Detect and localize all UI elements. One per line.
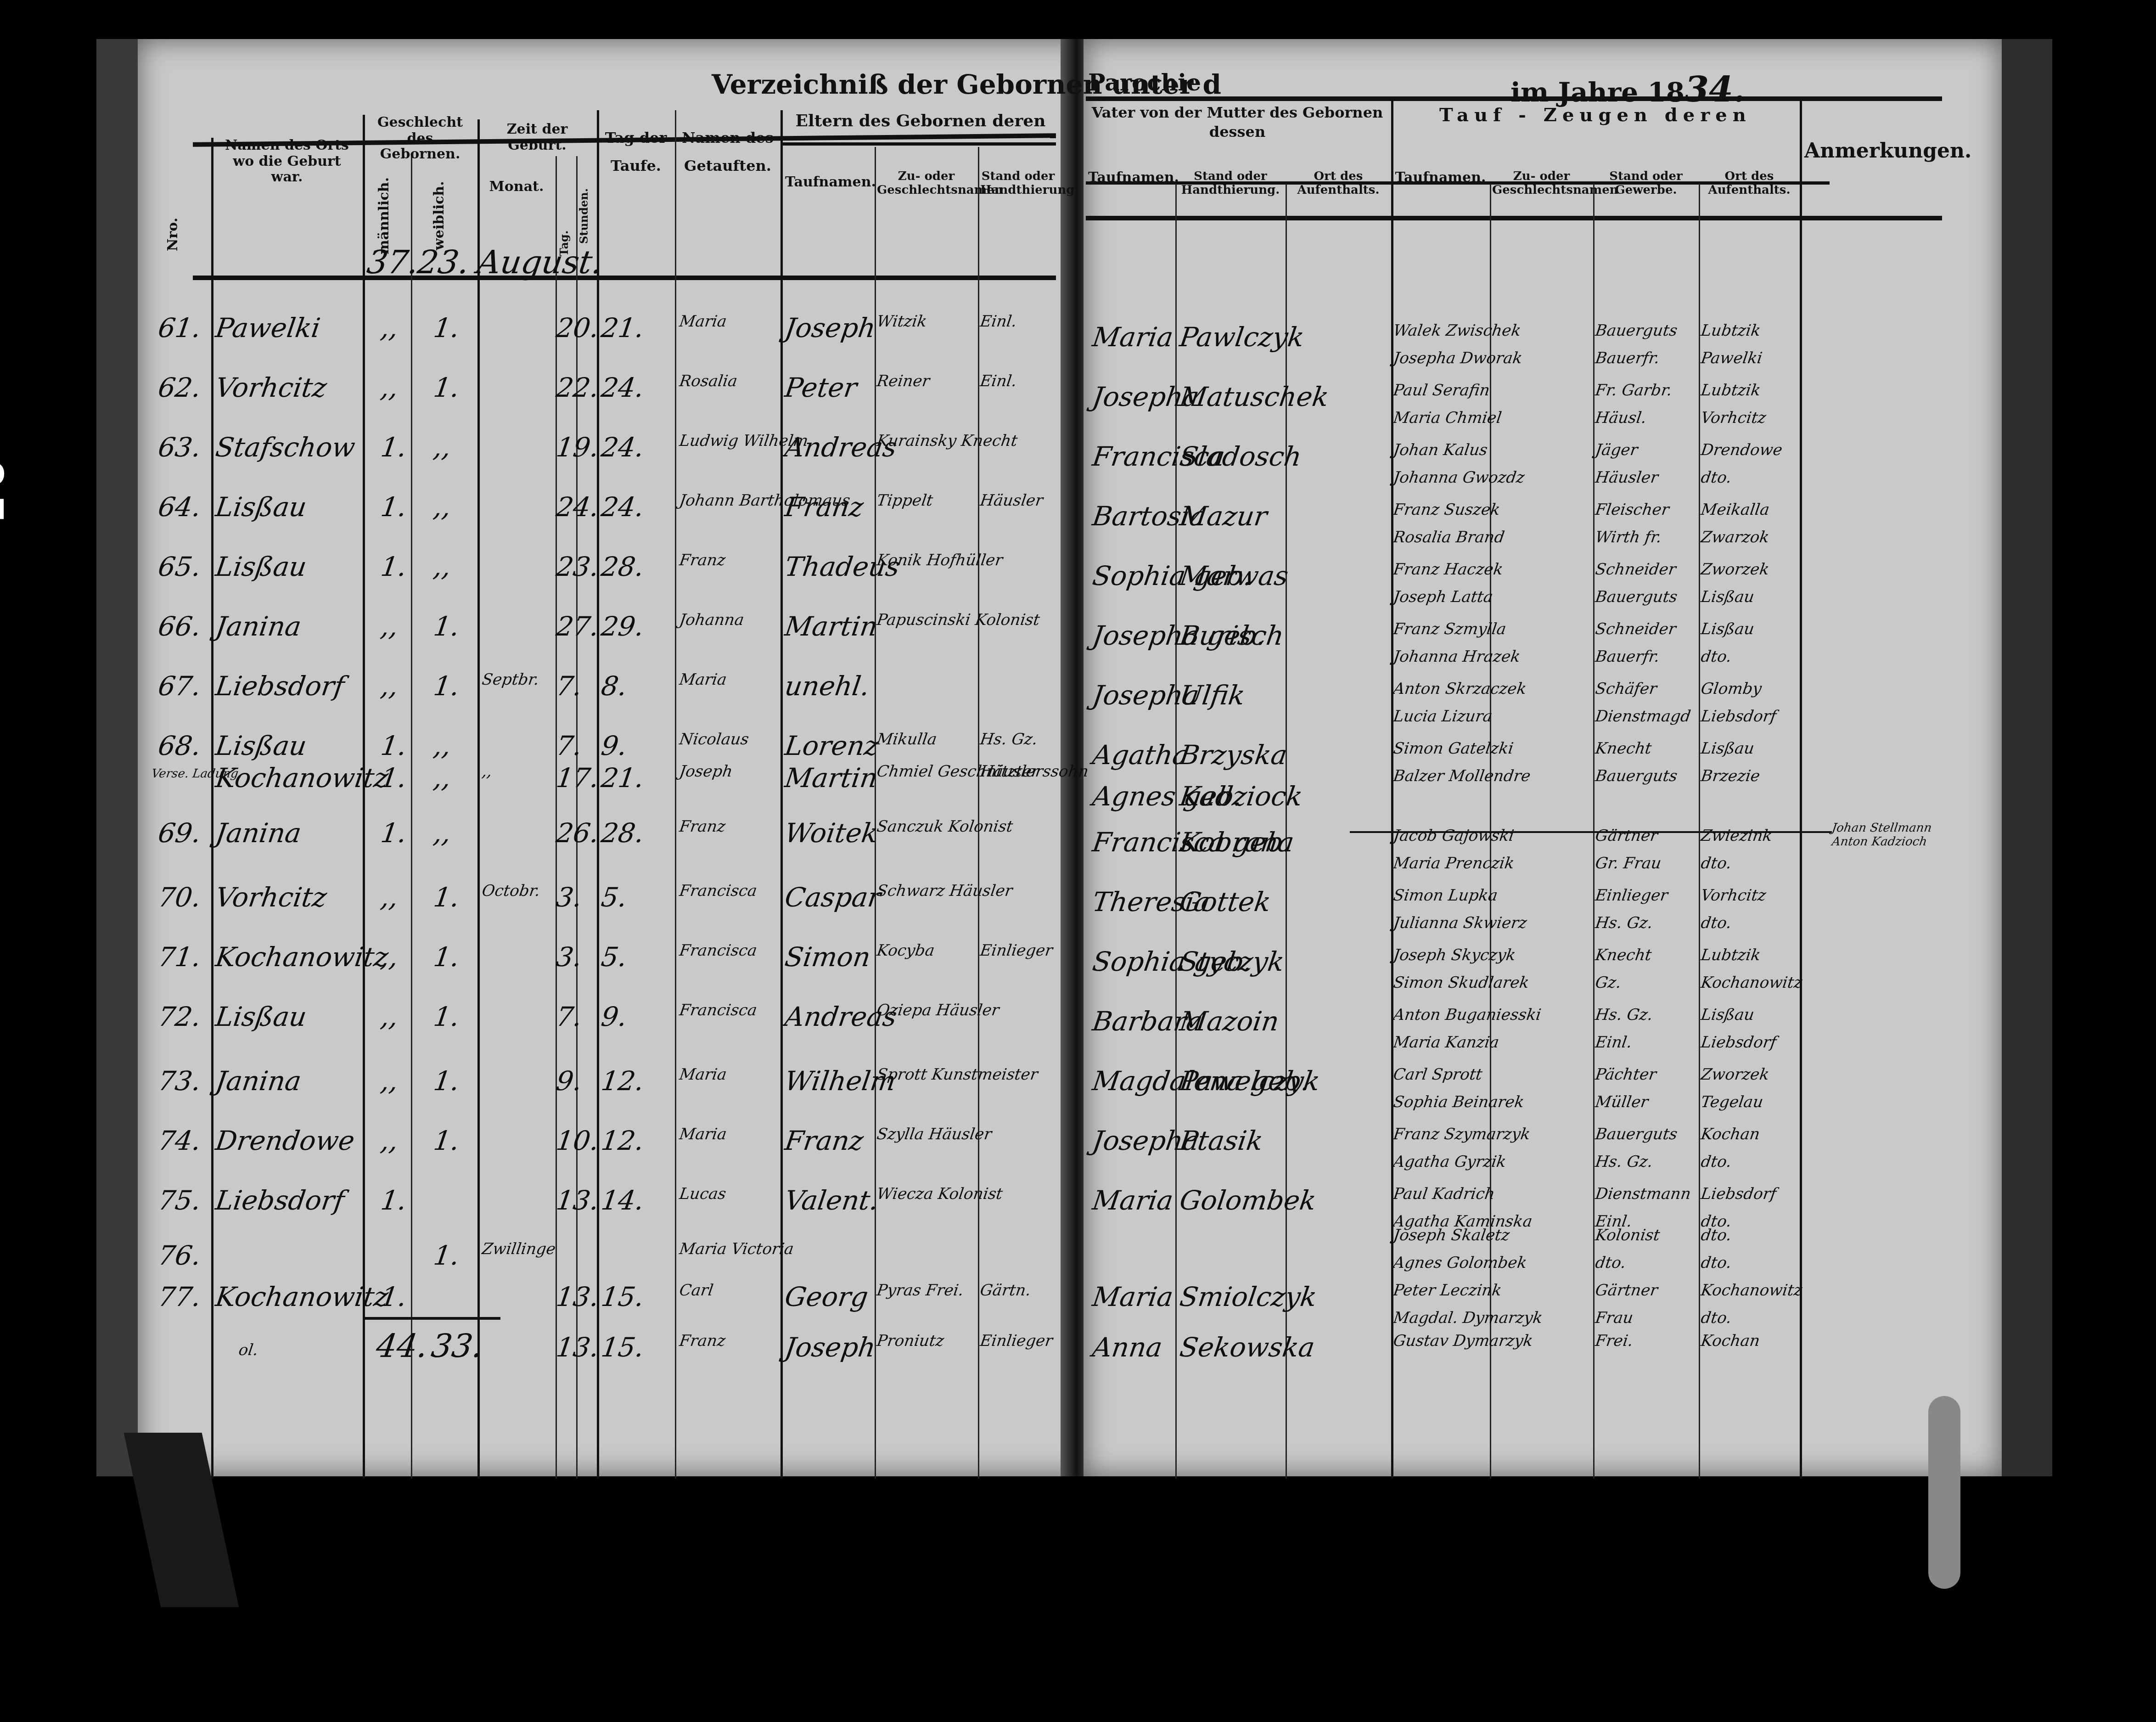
right-header-bottom-rule (1086, 216, 1942, 220)
row-monat: Octobr. (481, 882, 541, 900)
row-zeuge1-ort: Lisßau (1700, 620, 1755, 638)
row-mutter-taufname: Agatha (1090, 739, 1190, 771)
row-nro: 65. (156, 551, 203, 582)
row-zeuge1-ort: Lubtzik (1700, 321, 1762, 340)
row-weiblich: 1. (432, 312, 461, 343)
row-ort: Janina (213, 1065, 303, 1097)
row-vater-zuname: Oziepa Häusler (876, 1001, 1000, 1019)
eltern-subrule (780, 142, 1056, 146)
row-zeuge2-stand: Frau (1594, 1309, 1634, 1327)
row-zeuge2-name: Magdal. Dymarzyk (1392, 1309, 1544, 1327)
carry-monat: August. (475, 243, 605, 281)
row-ort: Lisßau (213, 551, 309, 582)
row-zeuge1-name: Carl Sprott (1392, 1065, 1483, 1084)
row-zeuge2-name: Sophia Beinarek (1392, 1093, 1525, 1111)
row-maennlich: 1. (379, 762, 409, 793)
row-tag: 3. (554, 882, 584, 913)
row-vater-stand: Häusler (979, 491, 1044, 510)
header-zeugen-geschlechtsnamen: Zu- oder Geschlechtsnamen (1492, 170, 1591, 197)
row-zeuge1-ort: Glomby (1700, 680, 1763, 698)
row-nro: 62. (156, 372, 203, 403)
row-nro: 76. (156, 1240, 203, 1271)
row-zeuge2-name: Agatha Gyrzik (1392, 1153, 1507, 1171)
row-zeuge1-stand: Knecht (1594, 946, 1653, 964)
row-mutter-zuname: Ulfik (1178, 680, 1247, 711)
header-stand: Stand oder Handthierung (980, 170, 1056, 197)
annotation-line-2: Anton Kadzioch (1831, 835, 1928, 849)
header-taufe: Tag der Taufe. (601, 124, 670, 180)
row-zeuge1-name: Franz Haczek (1392, 560, 1504, 579)
row-mutter-zuname: Mazur (1178, 501, 1269, 532)
carry-maennlich: 37. (365, 243, 421, 281)
row-ort: Janina (213, 611, 303, 642)
row-ort: Vorhcitz (213, 882, 329, 913)
row-zeuge2-ort: Liebsdorf (1700, 707, 1777, 726)
row-nro: 64. (156, 491, 203, 523)
row-weiblich: 1. (432, 1065, 461, 1097)
row-nro: 70. (156, 882, 203, 913)
row-tag: 13. (554, 1281, 601, 1312)
row-ort: Stafschow (213, 432, 357, 463)
row-vater-zuname: Szylla Häusler (876, 1125, 993, 1143)
row-zeuge2-name: Johanna Hrazek (1392, 647, 1522, 666)
row-ort: Lisßau (213, 491, 309, 523)
row-getauften: Franz (678, 817, 727, 836)
row-taufe: 21. (599, 312, 646, 343)
row-zeuge2-ort: Vorhcitz (1700, 409, 1767, 427)
row-zeuge1-name: Simon Gatelzki (1392, 739, 1515, 758)
row-taufe: 28. (599, 551, 646, 582)
row-monat: Septbr. (481, 670, 540, 689)
row-vater-stand: Gärtn. (979, 1281, 1032, 1300)
row-zeuge1-name: Walek Zwischek (1392, 321, 1522, 340)
row-zeuge1-stand: Frei. (1594, 1332, 1634, 1350)
row-mutter-zuname: Golombek (1178, 1185, 1318, 1216)
row-ort: Kochanowitz (213, 941, 390, 973)
row-ort: Lisßau (213, 730, 309, 761)
row-taufe: 24. (599, 372, 646, 403)
annotation-line-1: Johan Stellmann (1831, 821, 1932, 835)
row-mutter-zuname: Styczyk (1178, 946, 1286, 977)
row-tag: 9. (554, 1065, 584, 1097)
row-maennlich: 1. (379, 817, 409, 849)
row-zeuge2-stand: Gz. (1594, 974, 1623, 992)
row-getauften: Franz (678, 1332, 727, 1350)
row-mutter-taufname: Maria (1090, 321, 1175, 353)
row-zeuge1-stand: Schäfer (1594, 680, 1658, 698)
row-zeuge1-ort: Kochan (1700, 1125, 1761, 1143)
row-nro: 75. (156, 1185, 203, 1216)
row-zeuge1-stand: Dienstmann (1594, 1185, 1692, 1203)
totals-rule (363, 1317, 500, 1320)
row-taufe: 21. (599, 762, 646, 793)
row-zeuge1-ort: Meikalla (1700, 501, 1770, 519)
row-zeuge1-name: Simon Lupka (1392, 886, 1499, 905)
row-vater-zuname: Mikulla (876, 730, 938, 748)
row-ort: Lisßau (213, 1001, 309, 1032)
row-zeuge1-ort: dto. (1700, 1226, 1733, 1244)
row-mutter-zuname: Mazoin (1178, 1006, 1281, 1037)
row-vater-stand: Einlieger (979, 1332, 1054, 1350)
row-zeuge1-ort: Lisßau (1700, 1006, 1755, 1024)
row-zeuge1-stand: Einlieger (1594, 886, 1669, 905)
row-tag: 19. (554, 432, 601, 463)
row-tag: 27. (554, 611, 601, 642)
row-zeuge1-ort: Lisßau (1700, 739, 1755, 758)
row-zeuge2-ort: dto. (1700, 854, 1733, 872)
row-taufe: 12. (599, 1065, 646, 1097)
row-getauften: Nicolaus (678, 730, 750, 748)
row-nro: 69. (156, 817, 203, 849)
row-taufe: 24. (599, 491, 646, 523)
row-getauften: Maria (678, 1065, 728, 1084)
row-vater-zuname: Sanczuk Kolonist (876, 817, 1014, 836)
row-zeuge2-name: Maria Prenczik (1392, 854, 1515, 872)
row-vater-stand: Hs. Gz. (979, 730, 1039, 748)
row-taufe: 5. (599, 882, 629, 913)
row-tag: 13. (554, 1332, 601, 1363)
row-zeuge1-ort: Zworzek (1700, 1065, 1770, 1084)
row-maennlich: 1. (379, 491, 409, 523)
row-zeuge1-name: Paul Kadrich (1392, 1185, 1496, 1203)
row-zeuge1-stand: Gärtner (1594, 1281, 1659, 1300)
row-vater-taufname: Franz (783, 491, 865, 523)
row-tag: 10. (554, 1125, 601, 1156)
row-zeuge1-ort: Zworzek (1700, 560, 1770, 579)
header-zeugen-group: Tauf - Zeugen deren (1393, 103, 1797, 127)
row-zeuge1-name: Johan Kalus (1392, 441, 1488, 459)
row-zeuge1-name: Anton Buganiesski (1392, 1006, 1542, 1024)
row-zeuge2-ort: dto. (1700, 468, 1733, 487)
row-vater-zuname: Papuscinski Kolonist (876, 611, 1041, 629)
carry-weiblich: 23. (415, 243, 472, 281)
row-maennlich: 1. (379, 551, 409, 582)
row-zeuge1-name: Joseph Skyczyk (1392, 946, 1517, 964)
row-zeuge1-stand: Schneider (1594, 620, 1677, 638)
row-nro: 77. (156, 1281, 203, 1312)
row-vater-zuname: Kocyba (876, 941, 936, 960)
row-maennlich: 1. (379, 1185, 409, 1216)
row-zeuge2-stand: Müller (1594, 1093, 1649, 1111)
row-taufe: 29. (599, 611, 646, 642)
annotation-connector (1350, 831, 1832, 833)
row-zeuge1-stand: Schneider (1594, 560, 1677, 579)
row-zeuge2-name: Josepha Dworak (1392, 349, 1523, 367)
row-getauften: Joseph (678, 762, 734, 781)
row-nro: 73. (156, 1065, 203, 1097)
row-vater-taufname: Peter (783, 372, 859, 403)
row-zeuge2-stand: Einl. (1594, 1033, 1633, 1052)
header-taufnamen: Taufnamen. (785, 174, 872, 191)
row-mutter-zuname: Kadziock (1178, 781, 1304, 812)
row-maennlich: 1. (379, 730, 409, 761)
row-zeuge2-ort: Kochanowitz (1700, 974, 1803, 992)
row-tag: 7. (554, 1001, 584, 1032)
row-vater-zuname: Wiecza Kolonist (876, 1185, 1004, 1203)
row-zeuge2-stand: Häusl. (1594, 409, 1648, 427)
row-tag: 17. (554, 762, 601, 793)
total-weiblich: 33. (429, 1327, 485, 1365)
row-tag: 24. (554, 491, 601, 523)
row-nro: 63. (156, 432, 203, 463)
row-zeuge1-ort: Drendowe (1700, 441, 1784, 459)
row-taufe: 28. (599, 817, 646, 849)
row-ort: Drendowe (213, 1125, 356, 1156)
row-nro: 71. (156, 941, 203, 973)
header-mutter-ort: Ort des Aufenthalts. (1288, 170, 1389, 197)
row-tag: 20. (554, 312, 601, 343)
col-divider (1391, 101, 1393, 1479)
row-weiblich: 1. (432, 611, 461, 642)
row-taufe: 5. (599, 941, 629, 973)
col-divider (411, 156, 412, 1479)
col-divider (556, 156, 557, 1479)
row-zeuge1-ort: Vorhcitz (1700, 886, 1767, 905)
row-mutter-taufname: Maria (1090, 1185, 1175, 1216)
row-vater-zuname: Reiner (876, 372, 931, 390)
row-zeuge2-stand: Häusler (1594, 468, 1659, 487)
row-zeuge1-stand: Hs. Gz. (1594, 1006, 1654, 1024)
header-getauften: Namen des Getauften. (679, 124, 776, 180)
header-mutter-group: Vater von der Mutter des Gebornen dessen (1088, 103, 1387, 141)
row-nro: 61. (156, 312, 203, 343)
row-zeuge1-name: Franz Szmylla (1392, 620, 1507, 638)
microfilm-frame-number: 95 (0, 459, 14, 529)
row-tag: 7. (554, 670, 584, 702)
row-zeuge2-stand: Hs. Gz. (1594, 1153, 1654, 1171)
header-bottom-rule (193, 276, 1056, 280)
row-zeuge1-name: Paul Serafin (1392, 381, 1491, 400)
col-divider (477, 119, 480, 1479)
row-monat: Zwillinge (481, 1240, 557, 1258)
row-mutter-zuname: Pawlczyk (1178, 321, 1306, 353)
row-ort: Liebsdorf (213, 670, 346, 702)
row-taufe: 8. (599, 670, 629, 702)
row-vater-zuname: Konik Hofhüller (876, 551, 1004, 569)
row-zeuge2-stand: Gr. Frau (1594, 854, 1662, 872)
row-mutter-zuname: Pawelczyk (1178, 1065, 1322, 1097)
row-getauften: Maria (678, 1125, 728, 1143)
row-zeuge2-stand: Wirth fr. (1594, 528, 1662, 546)
header-ort: Namen des Orts wo die Geburt war. (216, 138, 358, 186)
total-maennlich: 44. (374, 1327, 430, 1365)
row-weiblich: 1. (432, 1125, 461, 1156)
row-zeuge2-name: Maria Chmiel (1392, 409, 1503, 427)
row-getauften: Carl (678, 1281, 714, 1300)
row-zeuge2-ort: Pawelki (1700, 349, 1763, 367)
bookmark-ribbon-right (1928, 1396, 1960, 1589)
row-zeuge1-stand: Kolonist (1594, 1226, 1661, 1244)
row-vater-taufname: Valent. (783, 1185, 881, 1216)
header-eltern: Eltern des Gebornen deren (785, 110, 1056, 132)
header-geschlechtsnamen: Zu- oder Geschlechtsnamen (877, 170, 976, 197)
col-divider (978, 147, 979, 1479)
row-zeuge2-stand: Bauerfr. (1594, 349, 1661, 367)
row-vater-taufname: Joseph (783, 312, 877, 343)
row-zeuge2-ort: Brzezie (1700, 767, 1761, 785)
row-zeuge2-name: Balzer Mollendre (1392, 767, 1532, 785)
row-tag: 26. (554, 817, 601, 849)
row-vater-stand: Einl. (979, 312, 1018, 331)
row-zeuge2-name: Simon Skudlarek (1392, 974, 1530, 992)
row-zeuge1-ort: Kochanowitz (1700, 1281, 1803, 1300)
row-vater-stand: Einl. (979, 372, 1018, 390)
header-mutter-taufnamen: Taufnamen. (1088, 170, 1173, 186)
row-zeuge2-stand: Bauerguts (1594, 767, 1679, 785)
row-mutter-zuname: Ptasik (1178, 1125, 1265, 1156)
header-zeit: Zeit der Geburt. (480, 122, 595, 153)
row-vater-taufname: Martin (783, 611, 879, 642)
row-zeuge1-stand: Pächter (1594, 1065, 1657, 1084)
col-divider (780, 110, 783, 1479)
row-mutter-zuname: Kobrana (1178, 827, 1296, 858)
row-tag: 22. (554, 372, 601, 403)
row-getauften: Francisca (678, 941, 758, 960)
row-nro: 72. (156, 1001, 203, 1032)
row-zeuge1-name: Joseph Skaletz (1392, 1226, 1510, 1244)
row-zeuge2-ort: Liebsdorf (1700, 1033, 1777, 1052)
row-zeuge1-ort: Lubtzik (1700, 946, 1762, 964)
row-weiblich: 1. (432, 372, 461, 403)
row-maennlich: 1. (379, 1281, 409, 1312)
row-zeuge2-ort: Tegelau (1700, 1093, 1764, 1111)
row-mutter-zuname: Sekowska (1178, 1332, 1317, 1363)
row-mutter-zuname: Smiolczyk (1178, 1281, 1319, 1312)
header-monat: Monat. (482, 179, 551, 195)
row-taufe: 14. (599, 1185, 646, 1216)
col-divider (675, 110, 676, 1479)
row-zeuge1-stand: Bauerguts (1594, 321, 1679, 340)
total-mark: ol. (237, 1341, 259, 1359)
row-zeuge2-stand: dto. (1594, 1254, 1627, 1272)
row-zeuge1-ort: Zwiezink (1700, 827, 1774, 845)
row-taufe: 9. (599, 730, 629, 761)
header-geschlecht: Geschlecht des Gebornen. (365, 115, 475, 163)
row-vater-stand: Häuslerssohn (979, 762, 1089, 781)
row-getauften: Maria Victoria (678, 1240, 795, 1258)
col-divider (363, 115, 365, 1479)
row-zeuge1-stand: Bauerguts (1594, 1125, 1679, 1143)
row-ort: Pawelki (213, 312, 322, 343)
row-ort: Kochanowitz (213, 1281, 390, 1312)
row-mutter-zuname: Burisch (1178, 620, 1286, 651)
row-nro: 68. (156, 730, 203, 761)
row-zeuge2-name: Julianna Skwierz (1392, 914, 1528, 932)
row-zeuge1-name: Jacob Gajowski (1392, 827, 1515, 845)
row-zeuge1-name: Gustav Dymarzyk (1392, 1332, 1534, 1350)
row-zeuge2-stand: Bauerfr. (1594, 647, 1661, 666)
row-vater-zuname: Tippelt (876, 491, 934, 510)
row-ort: Vorhcitz (213, 372, 329, 403)
row-zeuge2-stand: Bauerguts (1594, 588, 1679, 606)
row-getauften: Maria (678, 670, 728, 689)
row-tag: 13. (554, 1185, 601, 1216)
row-nro: 67. (156, 670, 203, 702)
row-getauften: Francisca (678, 1001, 758, 1019)
row-weiblich: 1. (432, 1240, 461, 1271)
row-taufe: 15. (599, 1332, 646, 1363)
row-mutter-zuname: Gottek (1178, 886, 1273, 917)
row-vater-taufname: Simon (783, 941, 872, 973)
row-vater-stand: Einlieger (979, 941, 1054, 960)
row-getauften: Francisca (678, 882, 758, 900)
row-mutter-zuname: Brzyska (1178, 739, 1289, 771)
row-zeuge2-stand: Hs. Gz. (1594, 914, 1654, 932)
row-taufe: 9. (599, 1001, 629, 1032)
row-tag: 7. (554, 730, 584, 761)
header-zeugen-ort: Ort des Aufenthalts. (1701, 170, 1797, 197)
row-note: Verse. Ladung. (151, 767, 243, 781)
row-vater-zuname: Sprott Kunstmeister (876, 1065, 1039, 1084)
row-zeuge1-ort: Kochan (1700, 1332, 1761, 1350)
row-vater-zuname: Pyras Frei. (876, 1281, 965, 1300)
col-divider (211, 138, 213, 1479)
row-zeuge2-name: Johanna Gwozdz (1392, 468, 1526, 487)
row-vater-zuname: Schwarz Häusler (876, 882, 1014, 900)
row-zeuge2-name: Joseph Latta (1392, 588, 1494, 606)
header-mutter-stand: Stand oder Handthierung. (1178, 170, 1283, 197)
row-tag: 23. (554, 551, 601, 582)
row-getauften: Franz (678, 551, 727, 569)
row-zeuge2-ort: dto. (1700, 1254, 1733, 1272)
row-zeuge2-name: Maria Kanzia (1392, 1033, 1500, 1052)
row-getauften: Maria (678, 312, 728, 331)
row-zeuge2-ort: dto. (1700, 1309, 1733, 1327)
row-getauften: Lucas (678, 1185, 727, 1203)
row-zeuge2-ort: dto. (1700, 647, 1733, 666)
row-zeuge1-stand: Jäger (1594, 441, 1639, 459)
row-zeuge1-stand: Knecht (1594, 739, 1653, 758)
row-vater-zuname: Witzik (876, 312, 928, 331)
row-zeuge2-ort: Lisßau (1700, 588, 1755, 606)
header-zeugen-stand: Stand oder Gewerbe. (1595, 170, 1696, 197)
row-getauften: Johanna (678, 611, 745, 629)
right-header-top-rule (1086, 96, 1942, 101)
row-vater-taufname: Lorenz (783, 730, 881, 761)
row-zeuge1-ort: Lubtzik (1700, 381, 1762, 400)
row-ort: Liebsdorf (213, 1185, 346, 1216)
row-zeuge2-ort: Zwarzok (1700, 528, 1770, 546)
row-vater-taufname: Caspar (783, 882, 883, 913)
row-taufe: 24. (599, 432, 646, 463)
row-zeuge2-name: Lucia Lizura (1392, 707, 1493, 726)
row-nro: 74. (156, 1125, 203, 1156)
row-zeuge2-ort: dto. (1700, 914, 1733, 932)
row-mutter-taufname: Maria (1090, 1281, 1175, 1312)
row-zeuge1-name: Anton Skrzaczek (1392, 680, 1527, 698)
row-vater-taufname: Martin (783, 762, 879, 793)
header-zeugen-taufnamen: Taufnamen. (1393, 170, 1488, 186)
header-anmerkungen: Anmerkungen. (1804, 138, 1937, 164)
row-zeuge1-name: Franz Suszek (1392, 501, 1501, 519)
col-divider (875, 147, 876, 1479)
row-vater-taufname: Woitek (783, 817, 880, 849)
row-vater-zuname: Proniutz (876, 1332, 945, 1350)
row-vater-taufname: Georg (783, 1281, 870, 1312)
row-taufe: 12. (599, 1125, 646, 1156)
row-getauften: Rosalia (678, 372, 738, 390)
row-weiblich: 1. (432, 670, 461, 702)
row-tag: 3. (554, 941, 584, 973)
row-mutter-zuname: Matuschek (1178, 381, 1331, 412)
row-zeuge1-stand: Fr. Garbr. (1594, 381, 1673, 400)
row-zeuge1-stand: Fleischer (1594, 501, 1670, 519)
row-vater-taufname: Joseph (783, 1332, 877, 1363)
row-vater-taufname: unehl. (783, 670, 871, 702)
row-zeuge1-name: Peter Leczink (1392, 1281, 1503, 1300)
row-zeuge2-stand: Dienstmagd (1594, 707, 1692, 726)
row-mutter-zuname: Marwas (1178, 560, 1290, 591)
